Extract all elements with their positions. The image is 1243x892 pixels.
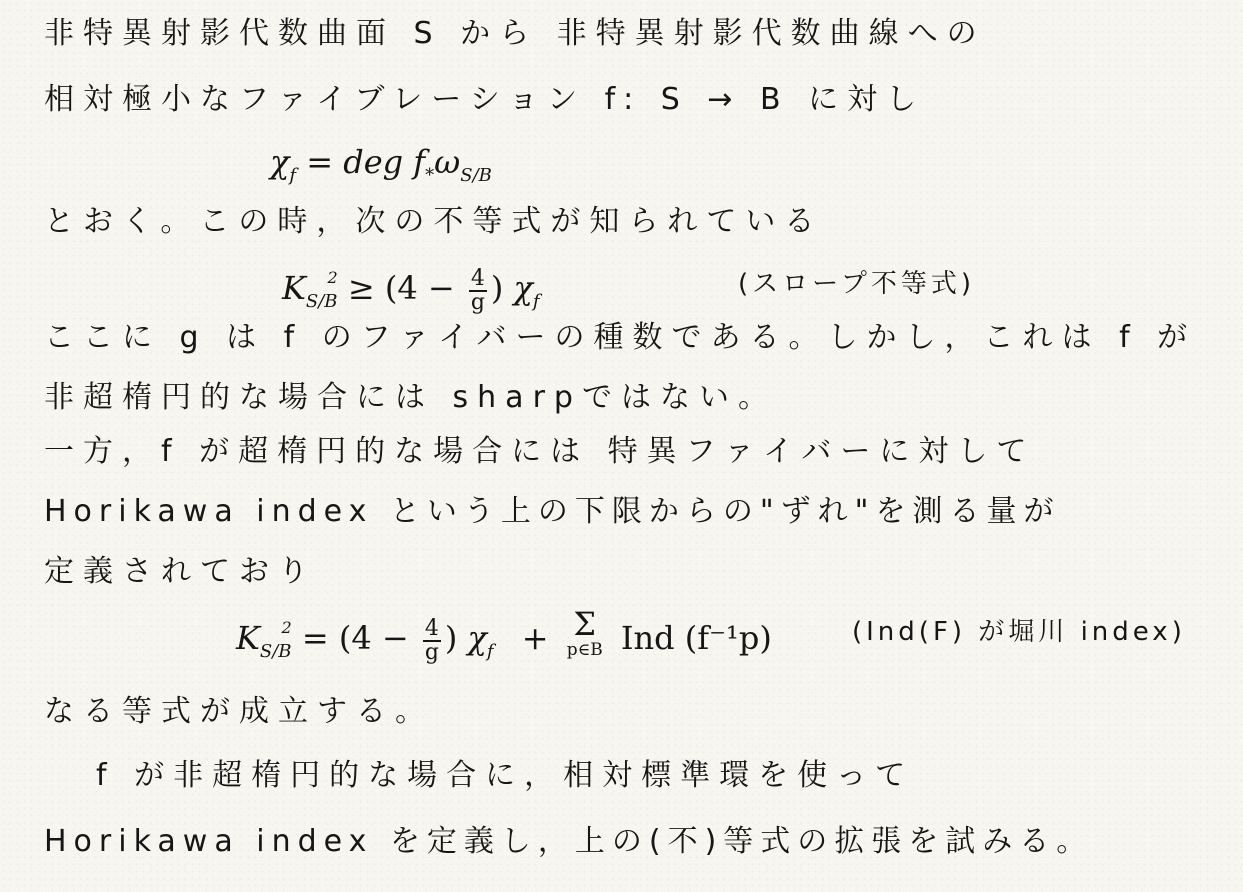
- fraction-4-over-g: 4g: [469, 268, 487, 314]
- fraction-denominator: g: [471, 292, 485, 314]
- chi-subscript: f: [533, 291, 540, 312]
- close-paren: ): [445, 619, 457, 657]
- formula-slope-inequality: KS/B2 ≥ (4 − 4g) χf: [282, 258, 540, 322]
- slope-inequality-label: (スロープ不等式): [738, 264, 975, 304]
- equals-sign: =: [302, 619, 329, 657]
- text-line-9: なる等式が成立する。: [44, 692, 434, 732]
- chi-subscript: f: [289, 165, 296, 186]
- ind-term: Ind (f⁻¹p): [621, 619, 772, 657]
- text-line-8: 定義されており: [44, 552, 317, 592]
- open-paren: (4 −: [385, 269, 455, 307]
- fraction-denominator: g: [425, 642, 439, 664]
- text-line-10: f が非超楕円的な場合に，相対標準環を使って: [96, 756, 914, 796]
- f-symbol: f: [413, 143, 425, 181]
- close-paren: ): [491, 269, 503, 307]
- text-line-3: とおく。この時，次の不等式が知られている: [44, 202, 823, 242]
- text-line-1: 非特異射影代数曲面 S から 非特異射影代数曲線への: [44, 14, 986, 54]
- k-subscript: S/B: [260, 641, 292, 662]
- summation-index: p∈B: [567, 640, 603, 660]
- k-subscript: S/B: [306, 291, 338, 312]
- open-paren: (4 −: [339, 619, 409, 657]
- k-superscript: 2: [282, 618, 292, 637]
- chi-symbol: χ: [270, 143, 289, 181]
- deg-operator: deg: [343, 143, 403, 181]
- fraction-numerator: 4: [469, 268, 487, 292]
- sigma-symbol: Σ: [573, 608, 596, 640]
- fraction-4-over-g: 4g: [423, 618, 441, 664]
- equals-sign: =: [306, 143, 333, 181]
- pushforward-star: *: [425, 165, 434, 186]
- text-line-6: 一方，f が超楕円的な場合には 特異ファイバーに対して: [44, 432, 1035, 472]
- summation: Σp∈B: [567, 608, 603, 660]
- text-line-5: 非超楕円的な場合には sharpではない。: [44, 378, 777, 418]
- chi-subscript: f: [487, 641, 494, 662]
- text-line-7: Horikawa index という上の下限からの"ずれ"を測る量が: [44, 492, 1060, 532]
- horikawa-index-label: (Ind(F) が堀川 index): [852, 612, 1186, 652]
- formula-chi-definition: χf = deg f*ωS/B: [270, 142, 492, 196]
- chi-symbol: χ: [468, 619, 487, 657]
- k-superscript: 2: [328, 268, 338, 287]
- text-line-2: 相対極小なファイブレーション f: S → B に対し: [44, 80, 925, 120]
- k-symbol: K: [282, 269, 306, 307]
- text-line-11: Horikawa index を定義し，上の(不)等式の拡張を試みる。: [44, 822, 1093, 862]
- chi-symbol: χ: [514, 269, 533, 307]
- geq-sign: ≥: [348, 269, 375, 307]
- omega-symbol: ω: [434, 143, 460, 181]
- formula-horikawa-equality: KS/B2 = (4 − 4g) χf + Σp∈B Ind (f⁻¹p): [236, 608, 772, 672]
- text-line-4: ここに g は f のファイバーの種数である。しかし，これは f が: [44, 318, 1196, 358]
- omega-subscript: S/B: [460, 165, 492, 186]
- plus-sign: +: [522, 619, 549, 657]
- k-symbol: K: [236, 619, 260, 657]
- fraction-numerator: 4: [423, 618, 441, 642]
